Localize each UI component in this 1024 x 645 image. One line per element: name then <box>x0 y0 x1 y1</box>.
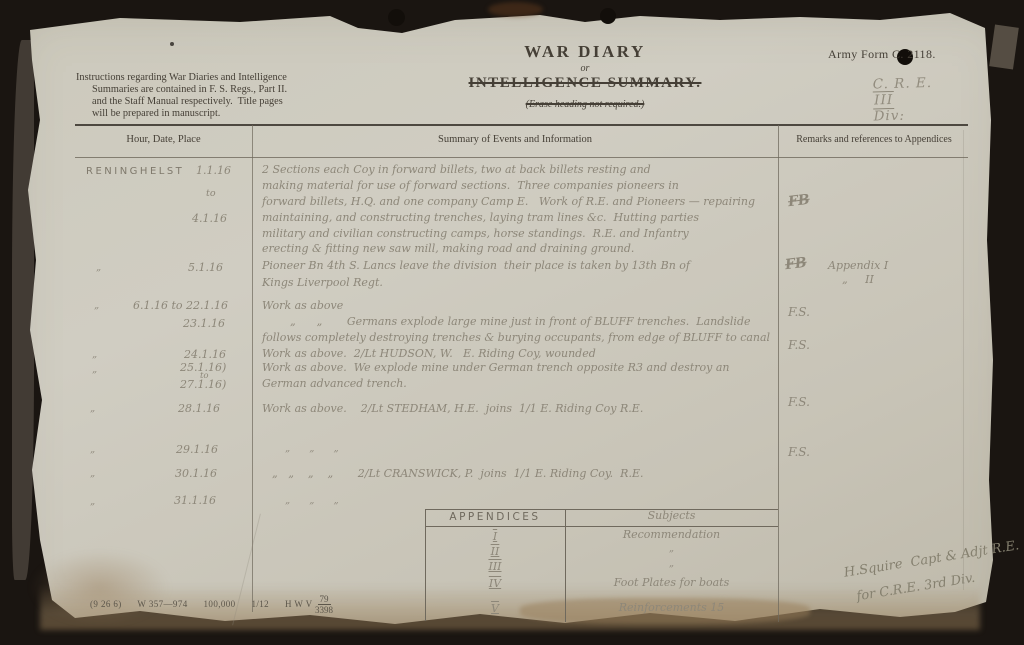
torn-edge-left <box>12 40 34 580</box>
column-header-hour-date-place: Hour, Date, Place <box>75 134 252 145</box>
appendix-numeral-text: II <box>491 545 500 558</box>
appendix-numeral-text: I <box>493 530 497 543</box>
summary-line: Pioneer Bn 4th S. Lancs leave the divisi… <box>262 259 690 272</box>
appendix-numeral-text: IV <box>489 577 501 590</box>
crease-line-right <box>963 130 964 590</box>
imprint-print-code: 79 3398 <box>315 594 333 615</box>
appendix-numeral: V <box>425 602 565 615</box>
punch-hole-left <box>388 9 405 26</box>
place-ditto: „ <box>92 364 97 375</box>
cre-numeral: III <box>873 91 894 110</box>
appendix-subject: Reinforcements 15 <box>565 601 778 614</box>
printers-imprint: (9 26 6) W 357—974 100,000 1/12 H W V <box>90 599 312 609</box>
punch-hole-center <box>600 8 616 24</box>
table-rule-header-bottom <box>75 157 968 158</box>
date-entry: 31.1.16 <box>174 494 216 507</box>
appendix-reference-note: „ II <box>842 273 874 286</box>
date-entry: 6.1.16 to 22.1.16 <box>133 299 228 312</box>
date-entry: 4.1.16 <box>192 212 227 225</box>
summary-line: Kings Liverpool Regt. <box>262 276 383 289</box>
date-entry: 30.1.16 <box>175 467 217 480</box>
summary-line: military and civilian constructing camps… <box>262 227 689 240</box>
instructions-line-3: and the Staff Manual respectively. Title… <box>92 96 283 107</box>
date-entry: 1.1.16 <box>196 164 231 177</box>
summary-line: forward billets, H.Q. and one company Ca… <box>262 195 755 208</box>
imprint-code-top: 79 <box>318 594 331 605</box>
appendix-subject: Foot Plates for boats <box>565 576 778 589</box>
place-name: RENINGHELST <box>86 166 184 177</box>
imprint-code-bottom: 3398 <box>315 605 333 615</box>
summary-line: erecting & fitting new saw mill, making … <box>262 242 634 255</box>
cre-prefix: C. R. E. <box>873 75 933 93</box>
appendix-numeral: IV <box>425 577 565 590</box>
date-entry: 5.1.16 <box>188 261 223 274</box>
column-header-remarks: Remarks and references to Appendices <box>780 134 968 145</box>
date-entry: 28.1.16 <box>178 402 220 415</box>
date-to: to <box>206 188 216 199</box>
stain-top-smudge <box>488 2 543 17</box>
cre-suffix: Div: <box>873 108 905 125</box>
place-ditto: „ <box>92 349 97 360</box>
torn-corner-top-right <box>989 25 1019 70</box>
appendix-numeral-text: V <box>491 602 499 615</box>
scanned-document-backdrop: Army Form C. 2118. WAR DIARY or INTELLIG… <box>0 0 1024 645</box>
ink-speck <box>170 42 174 46</box>
summary-line: Work as above <box>262 299 343 312</box>
summary-ditto-line: „ „ „ <box>285 443 339 454</box>
appendices-subjects-header: Subjects <box>565 509 778 522</box>
title-conjunction: or <box>440 63 730 74</box>
initials-mark: FB <box>784 255 808 274</box>
appendix-numeral-text: III <box>488 560 501 573</box>
appendix-numeral: I <box>425 530 565 543</box>
appendix-numeral: II <box>425 545 565 558</box>
appendices-rule-header-bottom <box>425 526 778 527</box>
place-ditto: „ <box>90 444 95 455</box>
column-header-summary: Summary of Events and Information <box>252 134 778 145</box>
page-subtitle: INTELLIGENCE SUMMARY. <box>420 75 750 92</box>
initials-mark: FB <box>787 192 811 211</box>
date-entry: 23.1.16 <box>183 317 225 330</box>
appendices-header: APPENDICES <box>425 511 565 523</box>
summary-line: Work as above. We explode mine under Ger… <box>262 361 729 374</box>
appendix-subject: Recommendation <box>565 528 778 541</box>
summary-ditto-line: „ „ „ <box>285 495 339 506</box>
instructions-line-2: Summaries are contained in F. S. Regs., … <box>92 84 287 95</box>
initials-mark: F.S. <box>788 445 810 459</box>
summary-line: making material for use of forward secti… <box>262 179 679 192</box>
summary-line: „ „ Germans explode large mine just in f… <box>290 315 751 328</box>
summary-line: maintaining, and constructing trenches, … <box>262 211 699 224</box>
page-title: WAR DIARY <box>440 42 730 62</box>
table-rule-top <box>75 124 968 126</box>
place-ditto: „ <box>96 262 101 273</box>
instructions-line-1: Instructions regarding War Diaries and I… <box>76 72 287 83</box>
initials-mark: F.S. <box>788 338 810 352</box>
summary-line: German advanced trench. <box>262 377 407 390</box>
summary-line: 2 Sections each Coy in forward billets, … <box>262 163 651 176</box>
summary-line: „ „ „ „ 2/Lt CRANSWICK, P. joins 1/1 E. … <box>272 467 643 480</box>
date-entry: 24.1.16 <box>184 348 226 361</box>
place-ditto: „ <box>90 468 95 479</box>
place-ditto: „ <box>90 496 95 507</box>
appendix-numeral: III <box>425 560 565 573</box>
place-ditto: „ <box>94 300 99 311</box>
appendix-subject: „ <box>565 558 778 569</box>
summary-line: Work as above. 2/Lt HUDSON, W. E. Riding… <box>262 347 596 360</box>
instructions-line-4: will be prepared in manuscript. <box>92 108 220 119</box>
place-ditto: „ <box>90 403 95 414</box>
date-entry: 29.1.16 <box>176 443 218 456</box>
appendix-subject: „ <box>565 543 778 554</box>
date-entry: 27.1.16) <box>180 378 226 391</box>
summary-line: Work as above. 2/Lt STEDHAM, H.E. joins … <box>262 402 643 415</box>
cre-division-annotation: C. R. E. III Div: <box>851 59 934 141</box>
initials-mark: F.S. <box>788 395 810 409</box>
table-divider-col2 <box>778 125 779 622</box>
summary-line: follows completely destroying trenches &… <box>262 331 770 344</box>
erase-heading-note: (Erase heading not required.) <box>440 99 730 110</box>
appendix-reference-note: Appendix I <box>828 259 888 272</box>
initials-mark: F.S. <box>788 305 810 319</box>
